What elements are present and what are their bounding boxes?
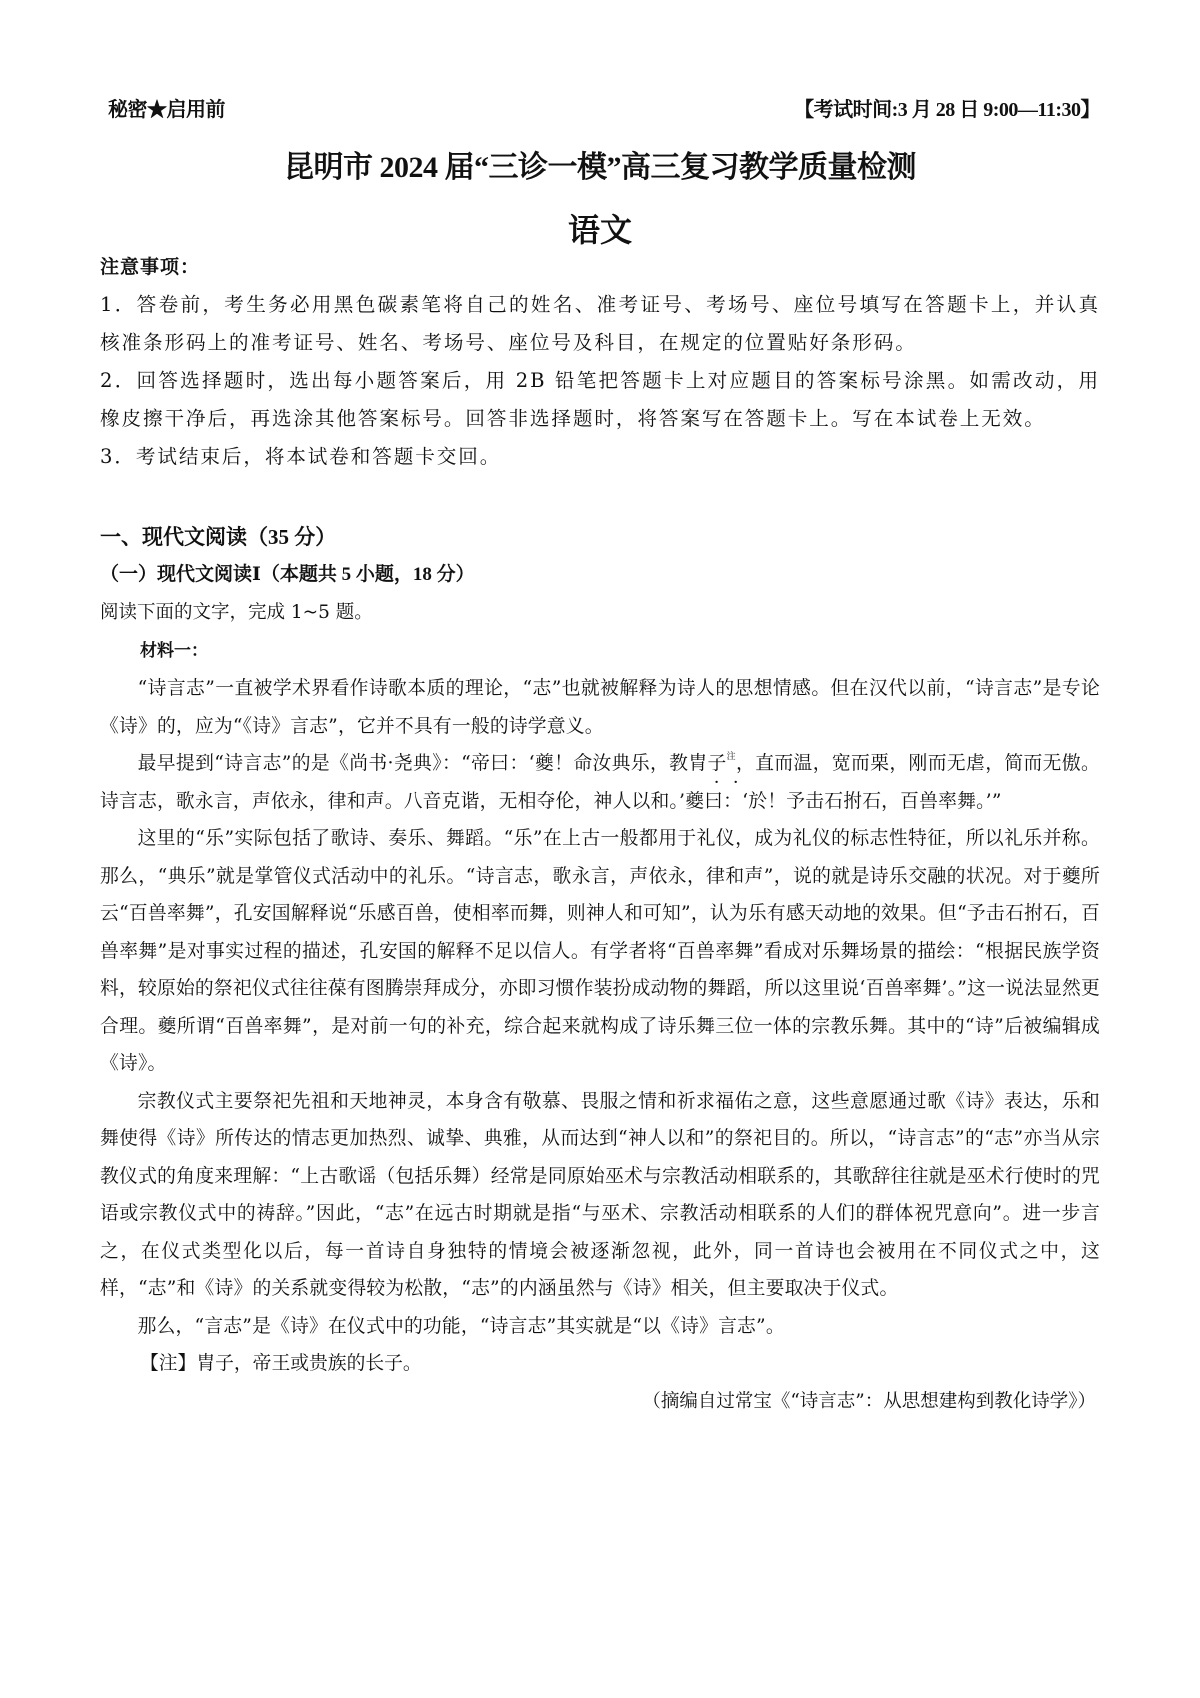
subsection-heading: （一）现代文阅读Ⅰ（本题共 5 小题，18 分） xyxy=(100,556,1100,594)
footnote: 【注】胄子，帝王或贵族的长子。 xyxy=(100,1345,1100,1383)
paragraph-2: 最早提到“诗言志”的是《尚书·尧典》：“帝曰：‘夔！命汝典乐，教胄子注，直而温，… xyxy=(100,745,1100,820)
reading-section: 一、现代文阅读（35 分） （一）现代文阅读Ⅰ（本题共 5 小题，18 分） 阅… xyxy=(100,518,1100,1420)
source-citation: （摘编自过常宝《“诗言志”：从思想建构到教化诗学》） xyxy=(100,1383,1100,1421)
section-heading: 一、现代文阅读（35 分） xyxy=(100,518,1100,556)
notice-item-2: 2．回答选择题时，选出每小题答案后，用 2B 铅笔把答题卡上对应题目的答案标号涂… xyxy=(100,362,1100,438)
notice-heading: 注意事项： xyxy=(100,248,1100,286)
emphasis-char: 胄 xyxy=(688,753,707,774)
page-title: 昆明市 2024 届“三诊一模”高三复习教学质量检测 xyxy=(0,142,1200,186)
paragraph-4: 宗教仪式主要祭祀先祖和天地神灵，本身含有敬慕、畏服之情和祈求福佑之意，这些意愿通… xyxy=(100,1083,1100,1308)
emphasis-char: 子 xyxy=(707,753,726,774)
subject-title: 语文 xyxy=(0,205,1200,251)
paragraph-5: 那么，“言志”是《诗》在仪式中的功能，“诗言志”其实就是“以《诗》言志”。 xyxy=(100,1308,1100,1346)
material-label: 材料一： xyxy=(100,632,1100,670)
notice-section: 注意事项： 1．答卷前，考生务必用黑色碳素笔将自己的姓名、准考证号、考场号、座位… xyxy=(100,248,1100,476)
paragraph-3: 这里的“乐”实际包括了歌诗、奏乐、舞蹈。“乐”在上古一般都用于礼仪，成为礼仪的标… xyxy=(100,820,1100,1083)
paragraph-1: “诗言志”一直被学术界看作诗歌本质的理论，“志”也就被解释为诗人的思想情感。但在… xyxy=(100,670,1100,745)
exam-page: 秘密★启用前 【考试时间:3 月 28 日 9:00—11:30】 昆明市 20… xyxy=(0,0,1200,1698)
footnote-mark: 注 xyxy=(727,752,736,762)
notice-item-1: 1．答卷前，考生务必用黑色碳素笔将自己的姓名、准考证号、考场号、座位号填写在答题… xyxy=(100,286,1100,362)
notice-item-3: 3．考试结束后，将本试卷和答题卡交回。 xyxy=(100,438,1100,476)
exam-time: 【考试时间:3 月 28 日 9:00—11:30】 xyxy=(794,93,1100,122)
header-row: 秘密★启用前 【考试时间:3 月 28 日 9:00—11:30】 xyxy=(108,92,1100,122)
instruction: 阅读下面的文字，完成 1~5 题。 xyxy=(100,594,1100,632)
paragraph-2-before: 最早提到“诗言志”的是《尚书·尧典》：“帝曰：‘夔！命汝典乐，教 xyxy=(138,753,689,774)
confidential-label: 秘密★启用前 xyxy=(108,93,225,122)
